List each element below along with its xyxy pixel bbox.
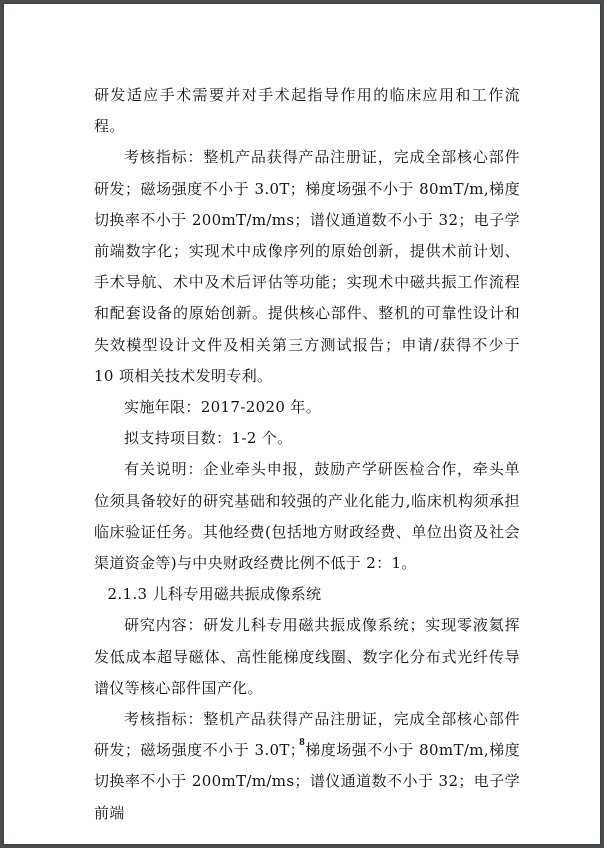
- paragraph-workflow-continuation: 研发适应手术需要并对手术起指导作用的临床应用和工作流程。: [94, 80, 520, 142]
- section-heading-2-1-3: 2.1.3 儿科专用磁共振成像系统: [94, 579, 520, 610]
- page-number: 8: [4, 736, 600, 748]
- paragraph-supported-projects: 拟支持项目数：1-2 个。: [94, 423, 520, 454]
- paragraph-implementation-period: 实施年限：2017-2020 年。: [94, 392, 520, 423]
- paragraph-notes: 有关说明：企业牵头申报，鼓励产学研医检合作，牵头单位须具备较好的研究基础和较强的…: [94, 454, 520, 579]
- document-page: 研发适应手术需要并对手术起指导作用的临床应用和工作流程。 考核指标：整机产品获得…: [4, 4, 600, 844]
- paragraph-research-content: 研究内容：研发儿科专用磁共振成像系统；实现零液氦挥发低成本超导磁体、高性能梯度线…: [94, 610, 520, 704]
- paragraph-assessment-indicators: 考核指标：整机产品获得产品注册证，完成全部核心部件研发；磁场强度不小于 3.0T…: [94, 142, 520, 392]
- paragraph-assessment-indicators-2: 考核指标：整机产品获得产品注册证，完成全部核心部件研发；磁场强度不小于 3.0T…: [94, 704, 520, 829]
- body-text: 研发适应手术需要并对手术起指导作用的临床应用和工作流程。 考核指标：整机产品获得…: [94, 80, 520, 829]
